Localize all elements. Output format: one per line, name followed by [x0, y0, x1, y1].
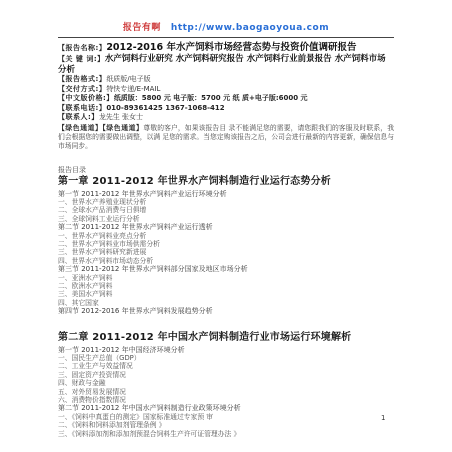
meta-delivery-label: 【交付方式:】	[58, 85, 106, 93]
toc-line: 第一节 2011-2012 年世界水产饲料产业运行环境分析	[58, 190, 394, 198]
meta-price-label: 【中文版价格:】	[58, 94, 114, 102]
toc-line: 三、世界水产饲料研究新进展	[58, 248, 394, 256]
meta-phone: 【联系电话:】010-89361425 1367-1068-412	[58, 104, 394, 114]
report-title: 2012-2016 年水产饲料市场经营态势与投资价值调研报告	[106, 42, 356, 53]
contact-value: 龙先生 张女士	[99, 113, 143, 121]
header-divider	[58, 37, 394, 38]
meta-contact-label: 【联系人:】	[58, 113, 99, 121]
site-url-link[interactable]: http://www.baogaoyoua.com	[171, 23, 329, 33]
toc-line: 四、世界水产饲料市场动态分析	[58, 257, 394, 265]
meta-format: 【报告格式:】纸质版/电子版	[58, 75, 394, 85]
page-number: 1	[381, 414, 385, 422]
toc-line: 第一节 2011-2012 年中国经济环境分析	[58, 346, 394, 354]
toc-line: 第二节 2011-2012 年中国水产饲料制造行业政策环境分析	[58, 404, 394, 412]
toc-label: 报告目录	[58, 166, 394, 175]
phone-value: 010-89361425 1367-1068-412	[106, 104, 224, 112]
document-page: { "header": { "brand": "报告有啊", "url": "h…	[0, 0, 452, 452]
chapter-2-title: 第二章 2011-2012 年中国水产饲料制造行业市场运行环境解析	[58, 332, 394, 344]
toc-line: 五、对外贸易发展情况	[58, 388, 394, 396]
green-channel-label: 【绿色通道】	[58, 124, 102, 132]
toc-line: 三、美国水产饲料	[58, 290, 394, 298]
meta-report-name: 【报告名称:】2012-2016 年水产饲料市场经营态势与投资价值调研报告	[58, 42, 394, 54]
meta-price: 【中文版价格:】纸质版：5800 元 电子版：5700 元 纸 质+电子版:60…	[58, 94, 394, 104]
meta-phone-label: 【联系电话:】	[58, 104, 106, 112]
toc-line: 第三节 2011-2012 年世界水产饲料部分国家及地区市场分析	[58, 265, 394, 273]
toc-line: 第二节 2011-2012 年世界水产饲料产业运行透析	[58, 223, 394, 231]
meta-keywords-label: 【关 键 词:】	[58, 55, 105, 63]
chapter-2-toc: 第一节 2011-2012 年中国经济环境分析 一、国民生产总值（GDP） 二、…	[58, 346, 394, 438]
toc-line: 三、《饲料添加剂和添加剂预混合饲料生产许可证管理办法 》	[58, 430, 394, 438]
site-header: 报告有啊http://www.baogaoyoua.com	[58, 20, 394, 36]
site-brand: 报告有啊	[123, 23, 161, 33]
green-channel-paragraph: 【绿色通道】【绿色通道】尊敬的客户，如果该报告目 录不能满足您的需要，请您跟我们…	[58, 124, 394, 151]
toc-line: 三、全球饲料工业运行分析	[58, 215, 394, 223]
toc-line: 四、财政与金融	[58, 379, 394, 387]
toc-line: 一、亚洲水产饲料	[58, 274, 394, 282]
meta-contact: 【联系人:】龙先生 张女士	[58, 113, 394, 123]
report-page-content: 报告有啊http://www.baogaoyoua.com 【报告名称:】201…	[58, 20, 394, 438]
toc-line: 二、《饲料和饲料添加剂管理条例 》	[58, 421, 394, 429]
meta-format-label: 【报告格式:】	[58, 75, 106, 83]
toc-line: 二、工业生产与效益情况	[58, 362, 394, 370]
toc-line: 三、固定资产投资情况	[58, 371, 394, 379]
chapter-1-toc: 第一节 2011-2012 年世界水产饲料产业运行环境分析 一、世界水产养殖业现…	[58, 190, 394, 316]
toc-line: 四、其它国家	[58, 299, 394, 307]
format-value: 纸质版/电子版	[106, 75, 150, 83]
toc-line: 第四节 2012-2016 年世界水产饲料发展趋势分析	[58, 307, 394, 315]
meta-keywords: 【关 键 词:】水产饲料行业研究 水产饲料研究报告 水产饲料行业前景报告 水产饲…	[58, 54, 394, 75]
meta-delivery: 【交付方式:】特快专递/E-MAIL	[58, 85, 394, 95]
price-value: 纸质版：5800 元 电子版：5700 元 纸 质+电子版:6000 元	[114, 94, 308, 102]
green-channel-label-2: 【绿色通道】	[102, 124, 143, 132]
toc-line: 一、《饲料中真蛋白的测定》国家标准通过专家预 审	[58, 413, 394, 421]
delivery-value: 特快专递/E-MAIL	[106, 85, 160, 93]
toc-line: 一、世界水产饲料业亮点分析	[58, 232, 394, 240]
chapter-1-title: 第一章 2011-2012 年世界水产饲料制造行业运行态势分析	[58, 176, 394, 188]
toc-line: 二、全球水产品消费与日俱增	[58, 206, 394, 214]
meta-report-name-label: 【报告名称:】	[58, 44, 106, 52]
keywords-value: 水产饲料行业研究 水产饲料研究报告 水产饲料行业前景报告 水产饲料市场分析	[58, 54, 386, 75]
